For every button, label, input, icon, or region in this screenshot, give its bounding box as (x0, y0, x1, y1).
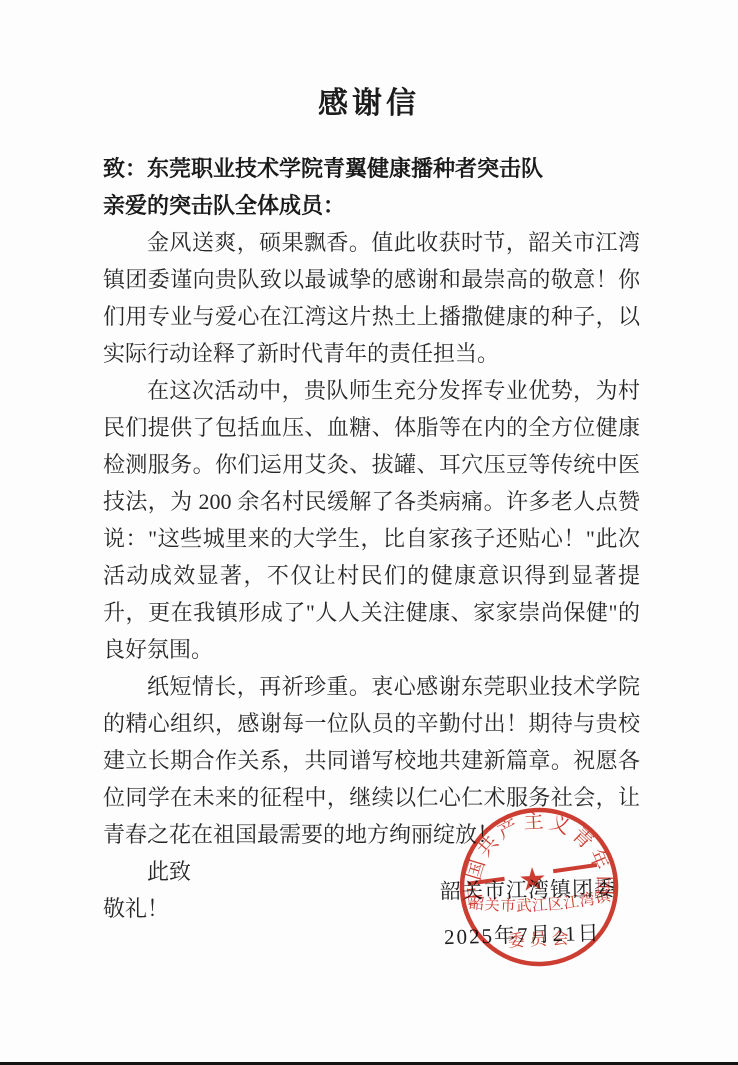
letter-page: 感谢信 致：东莞职业技术学院青翼健康播种者突击队 亲爱的突击队全体成员： 金风送… (0, 0, 738, 1065)
letter-title: 感谢信 (0, 78, 738, 122)
paragraph-1: 金风送爽，硕果飘香。值此收获时节，韶关市江湾镇团委谨向贵队致以最诚挚的感谢和最崇… (103, 224, 640, 372)
official-seal: 中国共产主义青年团 ★ 韶关市武江区江湾镇 委员会 (444, 796, 634, 981)
seal-bottom-text: 委员会 (507, 928, 574, 950)
paragraph-2: 在这次活动中，贵队师生充分发挥专业优势，为村民们提供了包括血压、血糖、体脂等在内… (103, 372, 640, 668)
salutation-line: 亲爱的突击队全体成员： (103, 187, 640, 224)
seal-left-bar (468, 879, 505, 884)
recipient-line: 致：东莞职业技术学院青翼健康播种者突击队 (103, 150, 640, 187)
seal-star-icon: ★ (517, 861, 548, 898)
